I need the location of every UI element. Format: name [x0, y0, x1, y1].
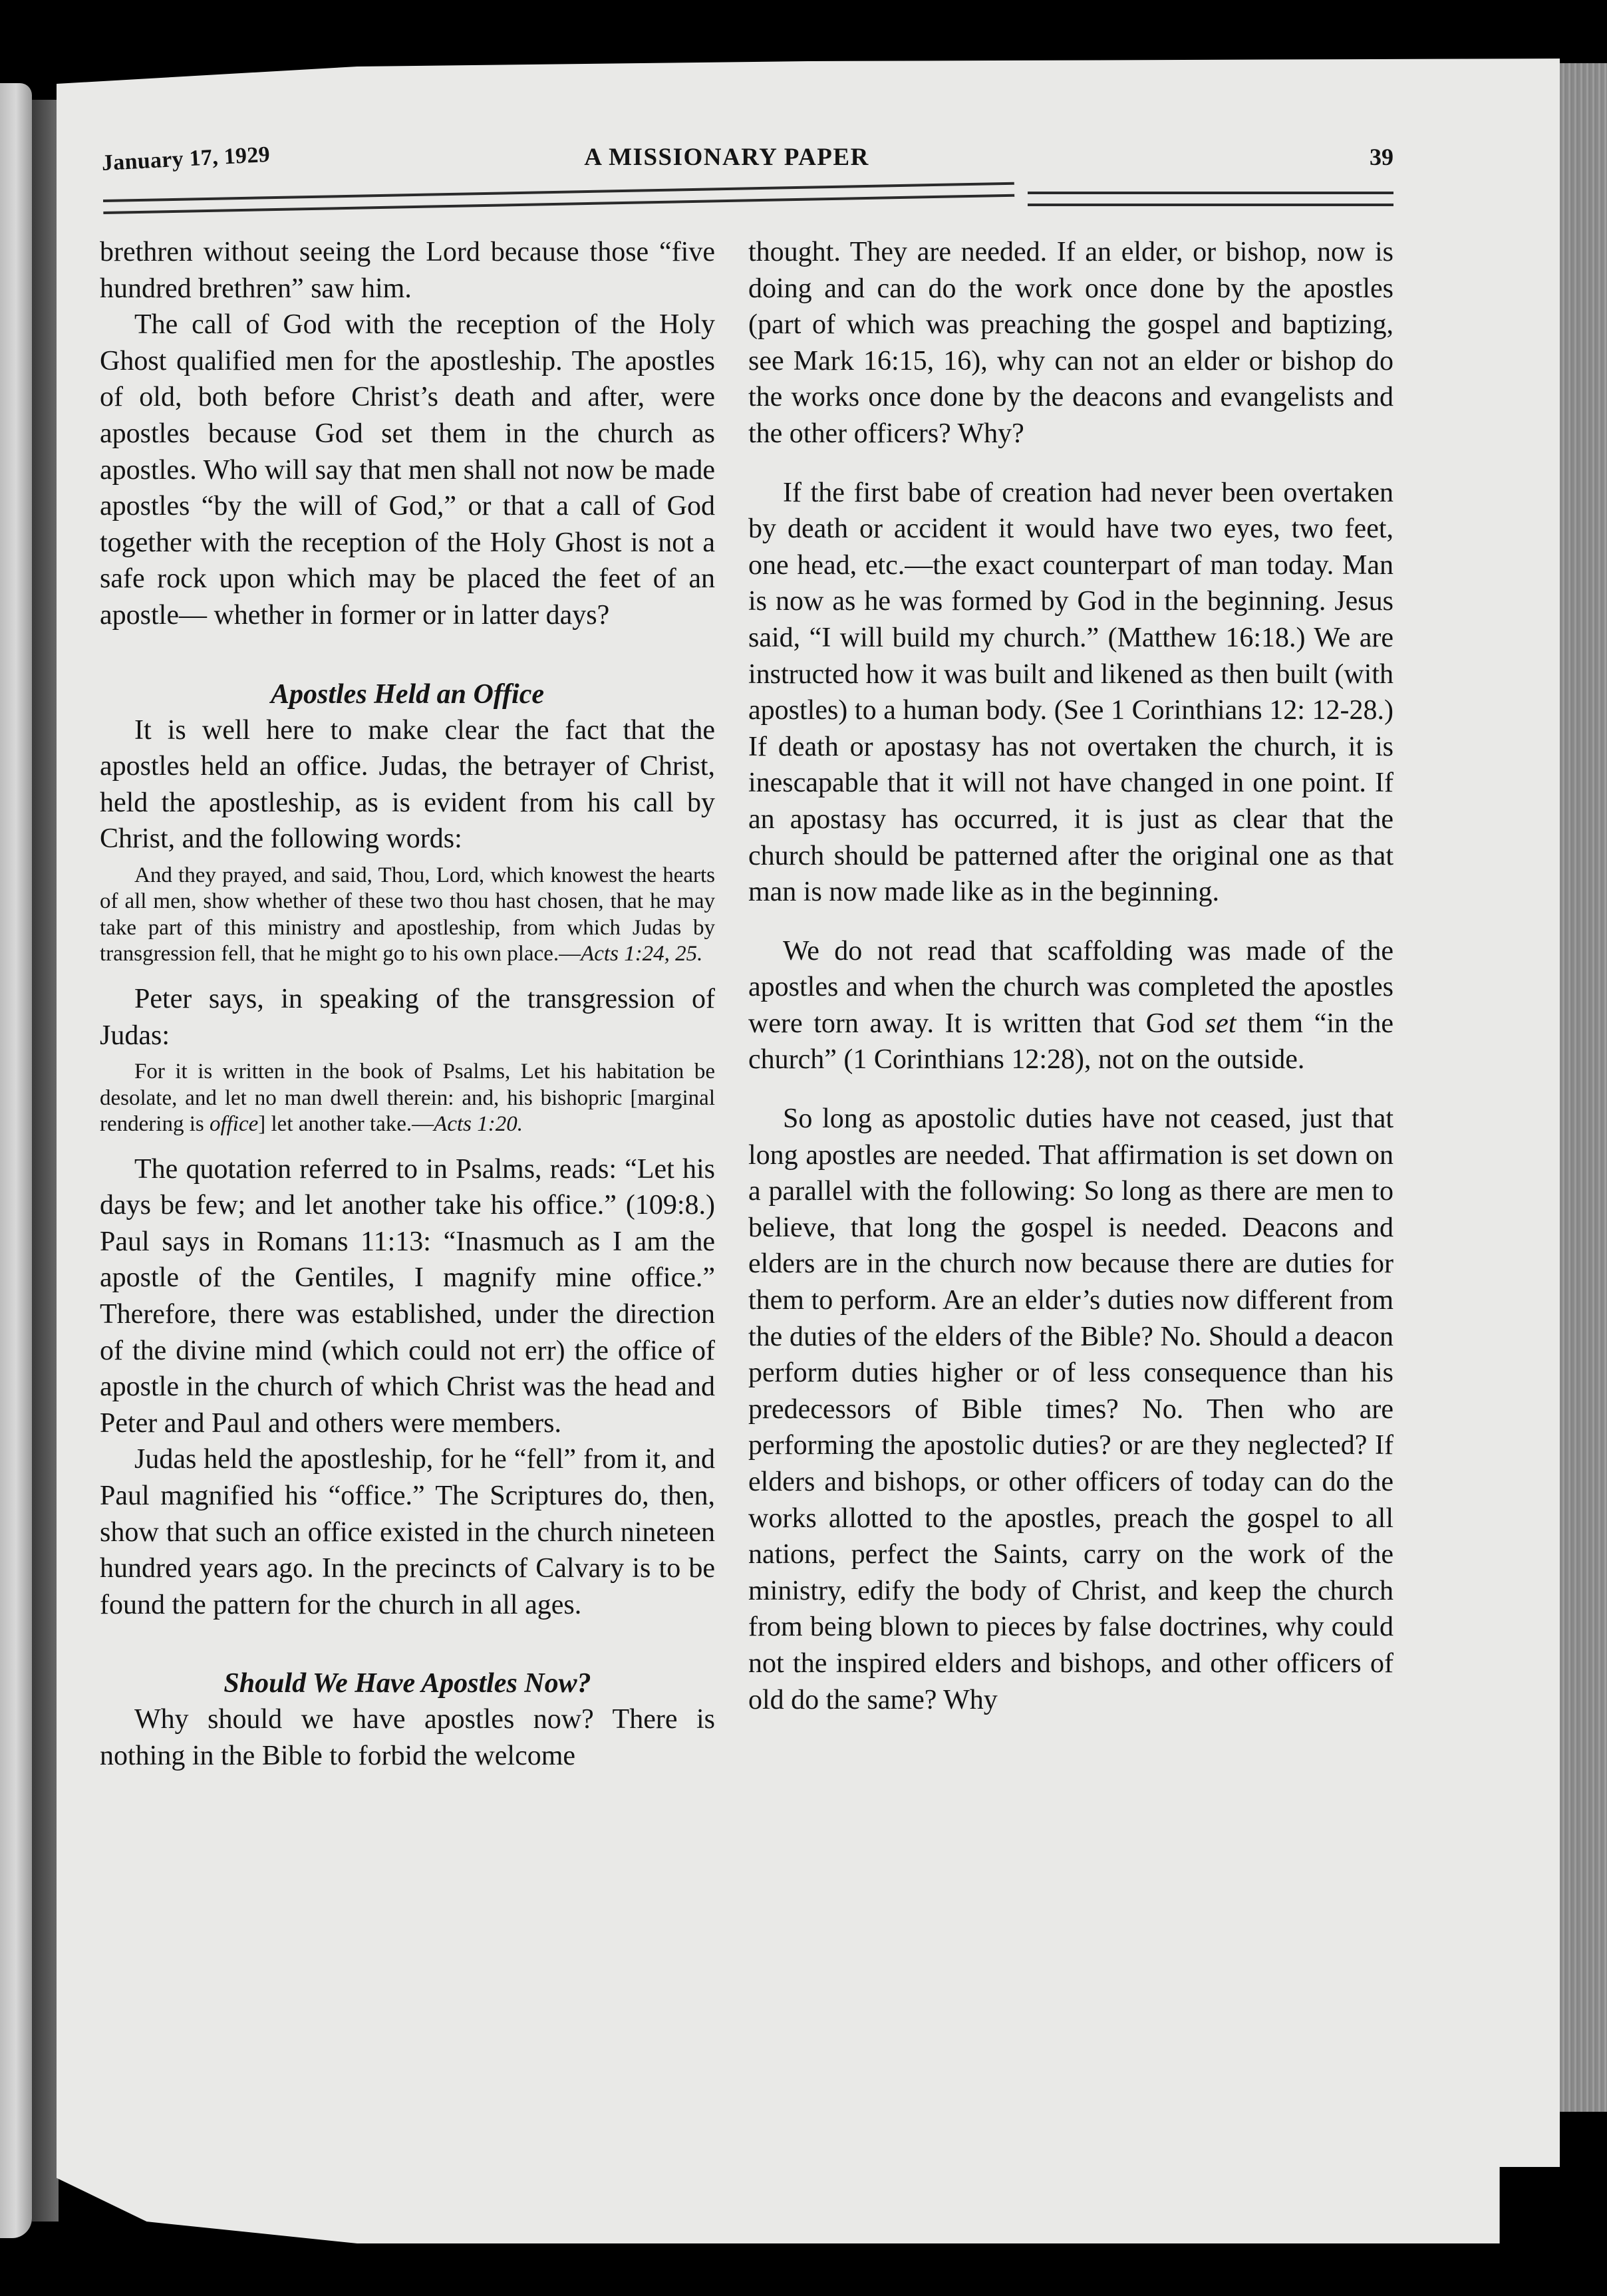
quote-emphasis: office [210, 1112, 258, 1136]
paragraph: So long as apostolic duties have not cea… [748, 1101, 1393, 1718]
left-column: brethren without seeing the Lord because… [100, 234, 715, 1775]
paragraph: thought. They are needed. If an elder, o… [748, 234, 1393, 452]
quote-citation: Acts 1:24, 25. [581, 942, 702, 966]
book-gutter [32, 100, 59, 2222]
section-heading: Should We Have Apostles Now? [100, 1665, 715, 1701]
paragraph: Peter says, in speaking of the transgres… [100, 981, 715, 1054]
block-quote: And they prayed, and said, Thou, Lord, w… [100, 863, 715, 968]
header-double-rule-right [1028, 192, 1393, 206]
page-stack-edge [1554, 63, 1607, 2112]
paragraph: brethren without seeing the Lord because… [100, 234, 715, 307]
paragraph: The quotation referred to in Psalms, rea… [100, 1151, 715, 1442]
publication-title: A MISSIONARY PAPER [100, 143, 1393, 172]
quote-text: ] let another take.— [258, 1112, 434, 1136]
paragraph: The call of God with the reception of th… [100, 307, 715, 633]
paragraph: We do not read that scaffolding was made… [748, 933, 1393, 1078]
paragraph: It is well here to make clear the fact t… [100, 712, 715, 857]
paragraph: If the first babe of creation had never … [748, 475, 1393, 911]
section-heading: Apostles Held an Office [100, 676, 715, 712]
facing-page-edge [0, 83, 32, 2238]
page-number: 39 [1370, 143, 1393, 171]
running-header: January 17, 1929 A MISSIONARY PAPER 39 [100, 143, 1393, 183]
paragraph: Judas held the apostleship, for he “fell… [100, 1441, 715, 1623]
block-quote: For it is written in the book of Psalms,… [100, 1059, 715, 1138]
right-column: thought. They are needed. If an elder, o… [748, 234, 1393, 1718]
paragraph: Why should we have apostles now? There i… [100, 1701, 715, 1774]
quote-citation: Acts 1:20. [434, 1112, 523, 1136]
emphasis: set [1205, 1008, 1237, 1039]
